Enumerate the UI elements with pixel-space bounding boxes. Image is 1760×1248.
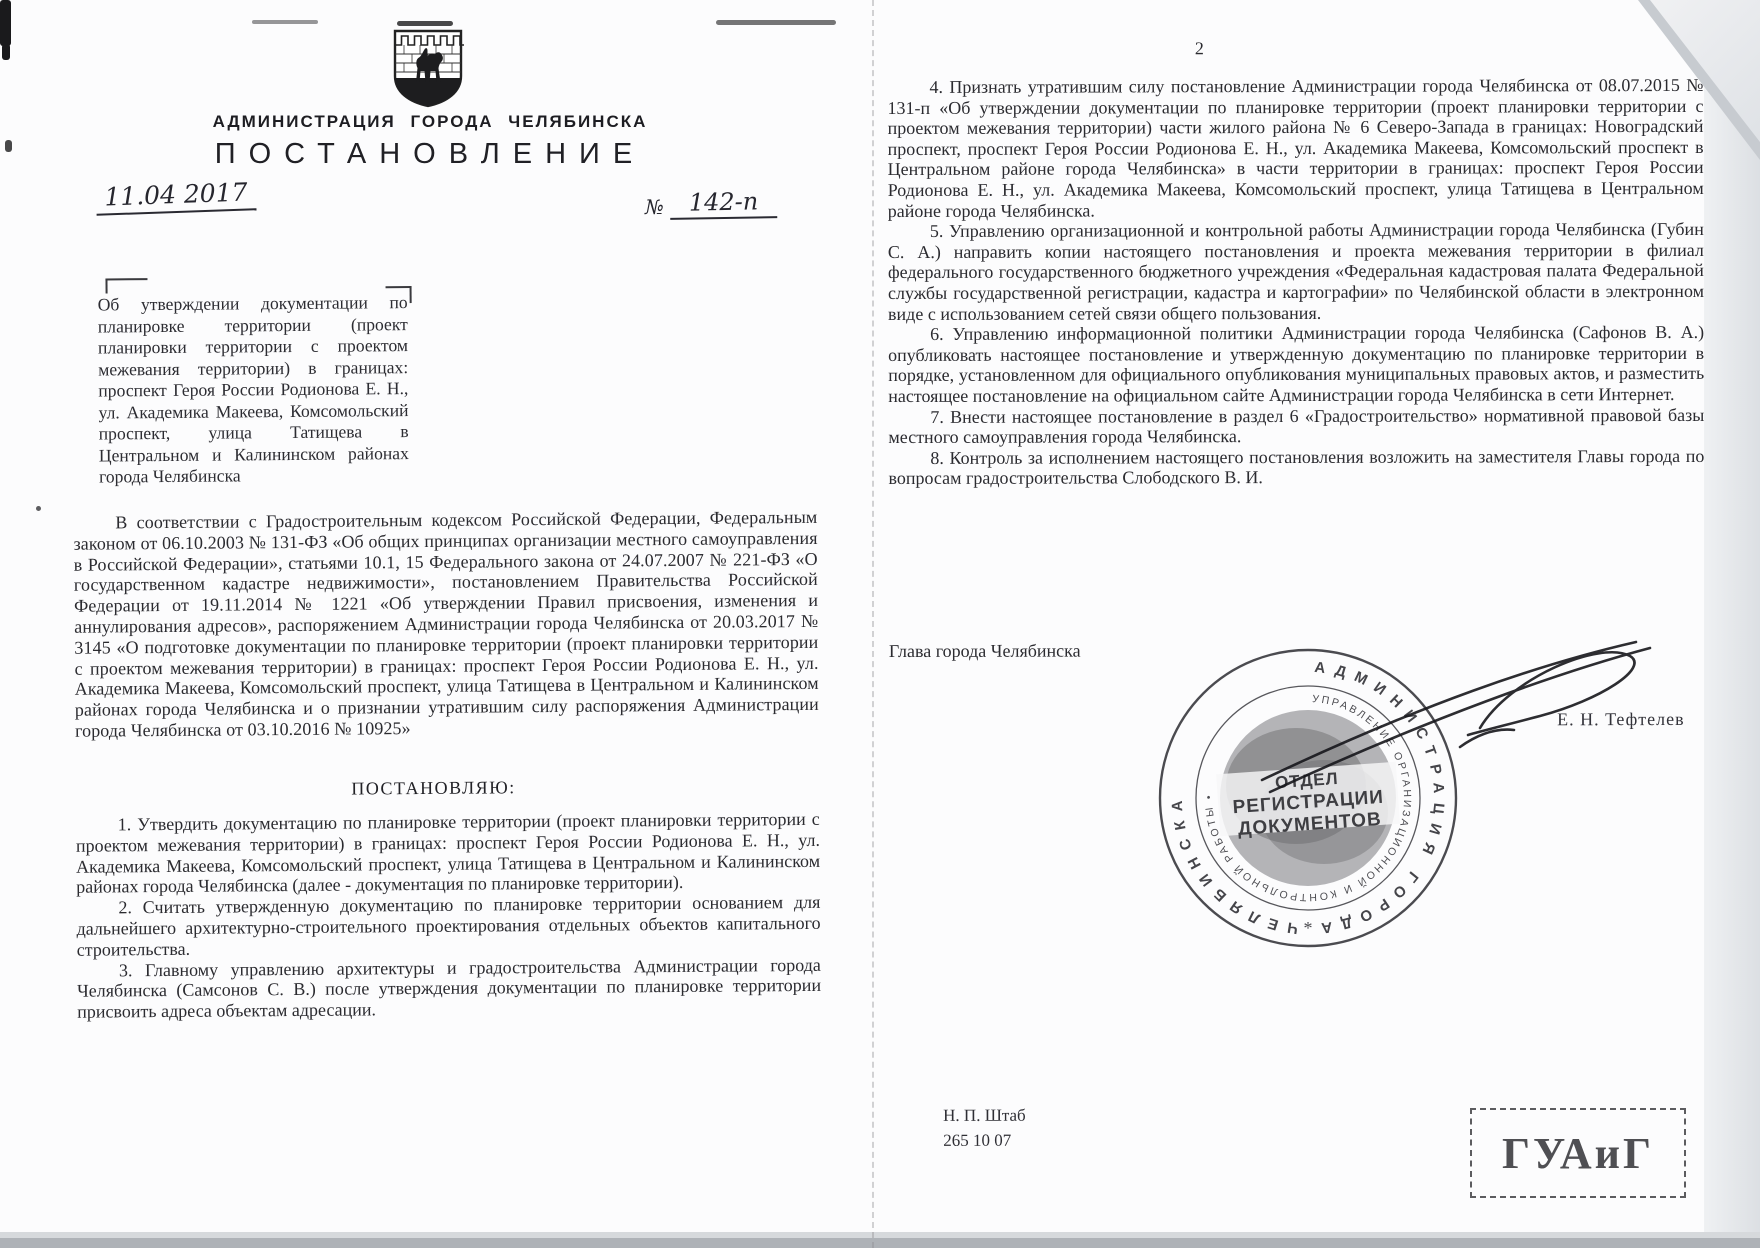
- resolution-item-5: 5. Управлению организационной и контроль…: [888, 219, 1704, 324]
- executor-block: Н. П. Штаб 265 10 07: [943, 1103, 1026, 1153]
- page-number: 2: [1179, 38, 1219, 59]
- corner-stamp-text: ГУАиГ: [1502, 1128, 1654, 1179]
- scanned-document-spread: АДМИНИСТРАЦИЯ ГОРОДА ЧЕЛЯБИНСКА ПОСТАНОВ…: [0, 0, 1760, 1248]
- executor-phone: 265 10 07: [943, 1128, 1026, 1153]
- signature-title: Глава города Челябинска: [889, 641, 1081, 663]
- resolution-item-8: 8. Контроль за исполнением настоящего по…: [888, 446, 1704, 489]
- executor-name: Н. П. Штаб: [943, 1103, 1026, 1128]
- resolution-item-7: 7. Внести настоящее постановление в разд…: [888, 404, 1704, 447]
- stamp-asterisk: *: [1304, 918, 1313, 938]
- handwritten-signature: [1130, 600, 1750, 865]
- resolution-items-right: 4. Признать утратившим силу постановлени…: [887, 75, 1704, 489]
- corner-stamp-box: ГУАиГ: [1470, 1108, 1686, 1198]
- resolution-item-6: 6. Управлению информационной политики Ад…: [888, 322, 1704, 407]
- resolution-item-4: 4. Признать утратившим силу постановлени…: [887, 75, 1703, 221]
